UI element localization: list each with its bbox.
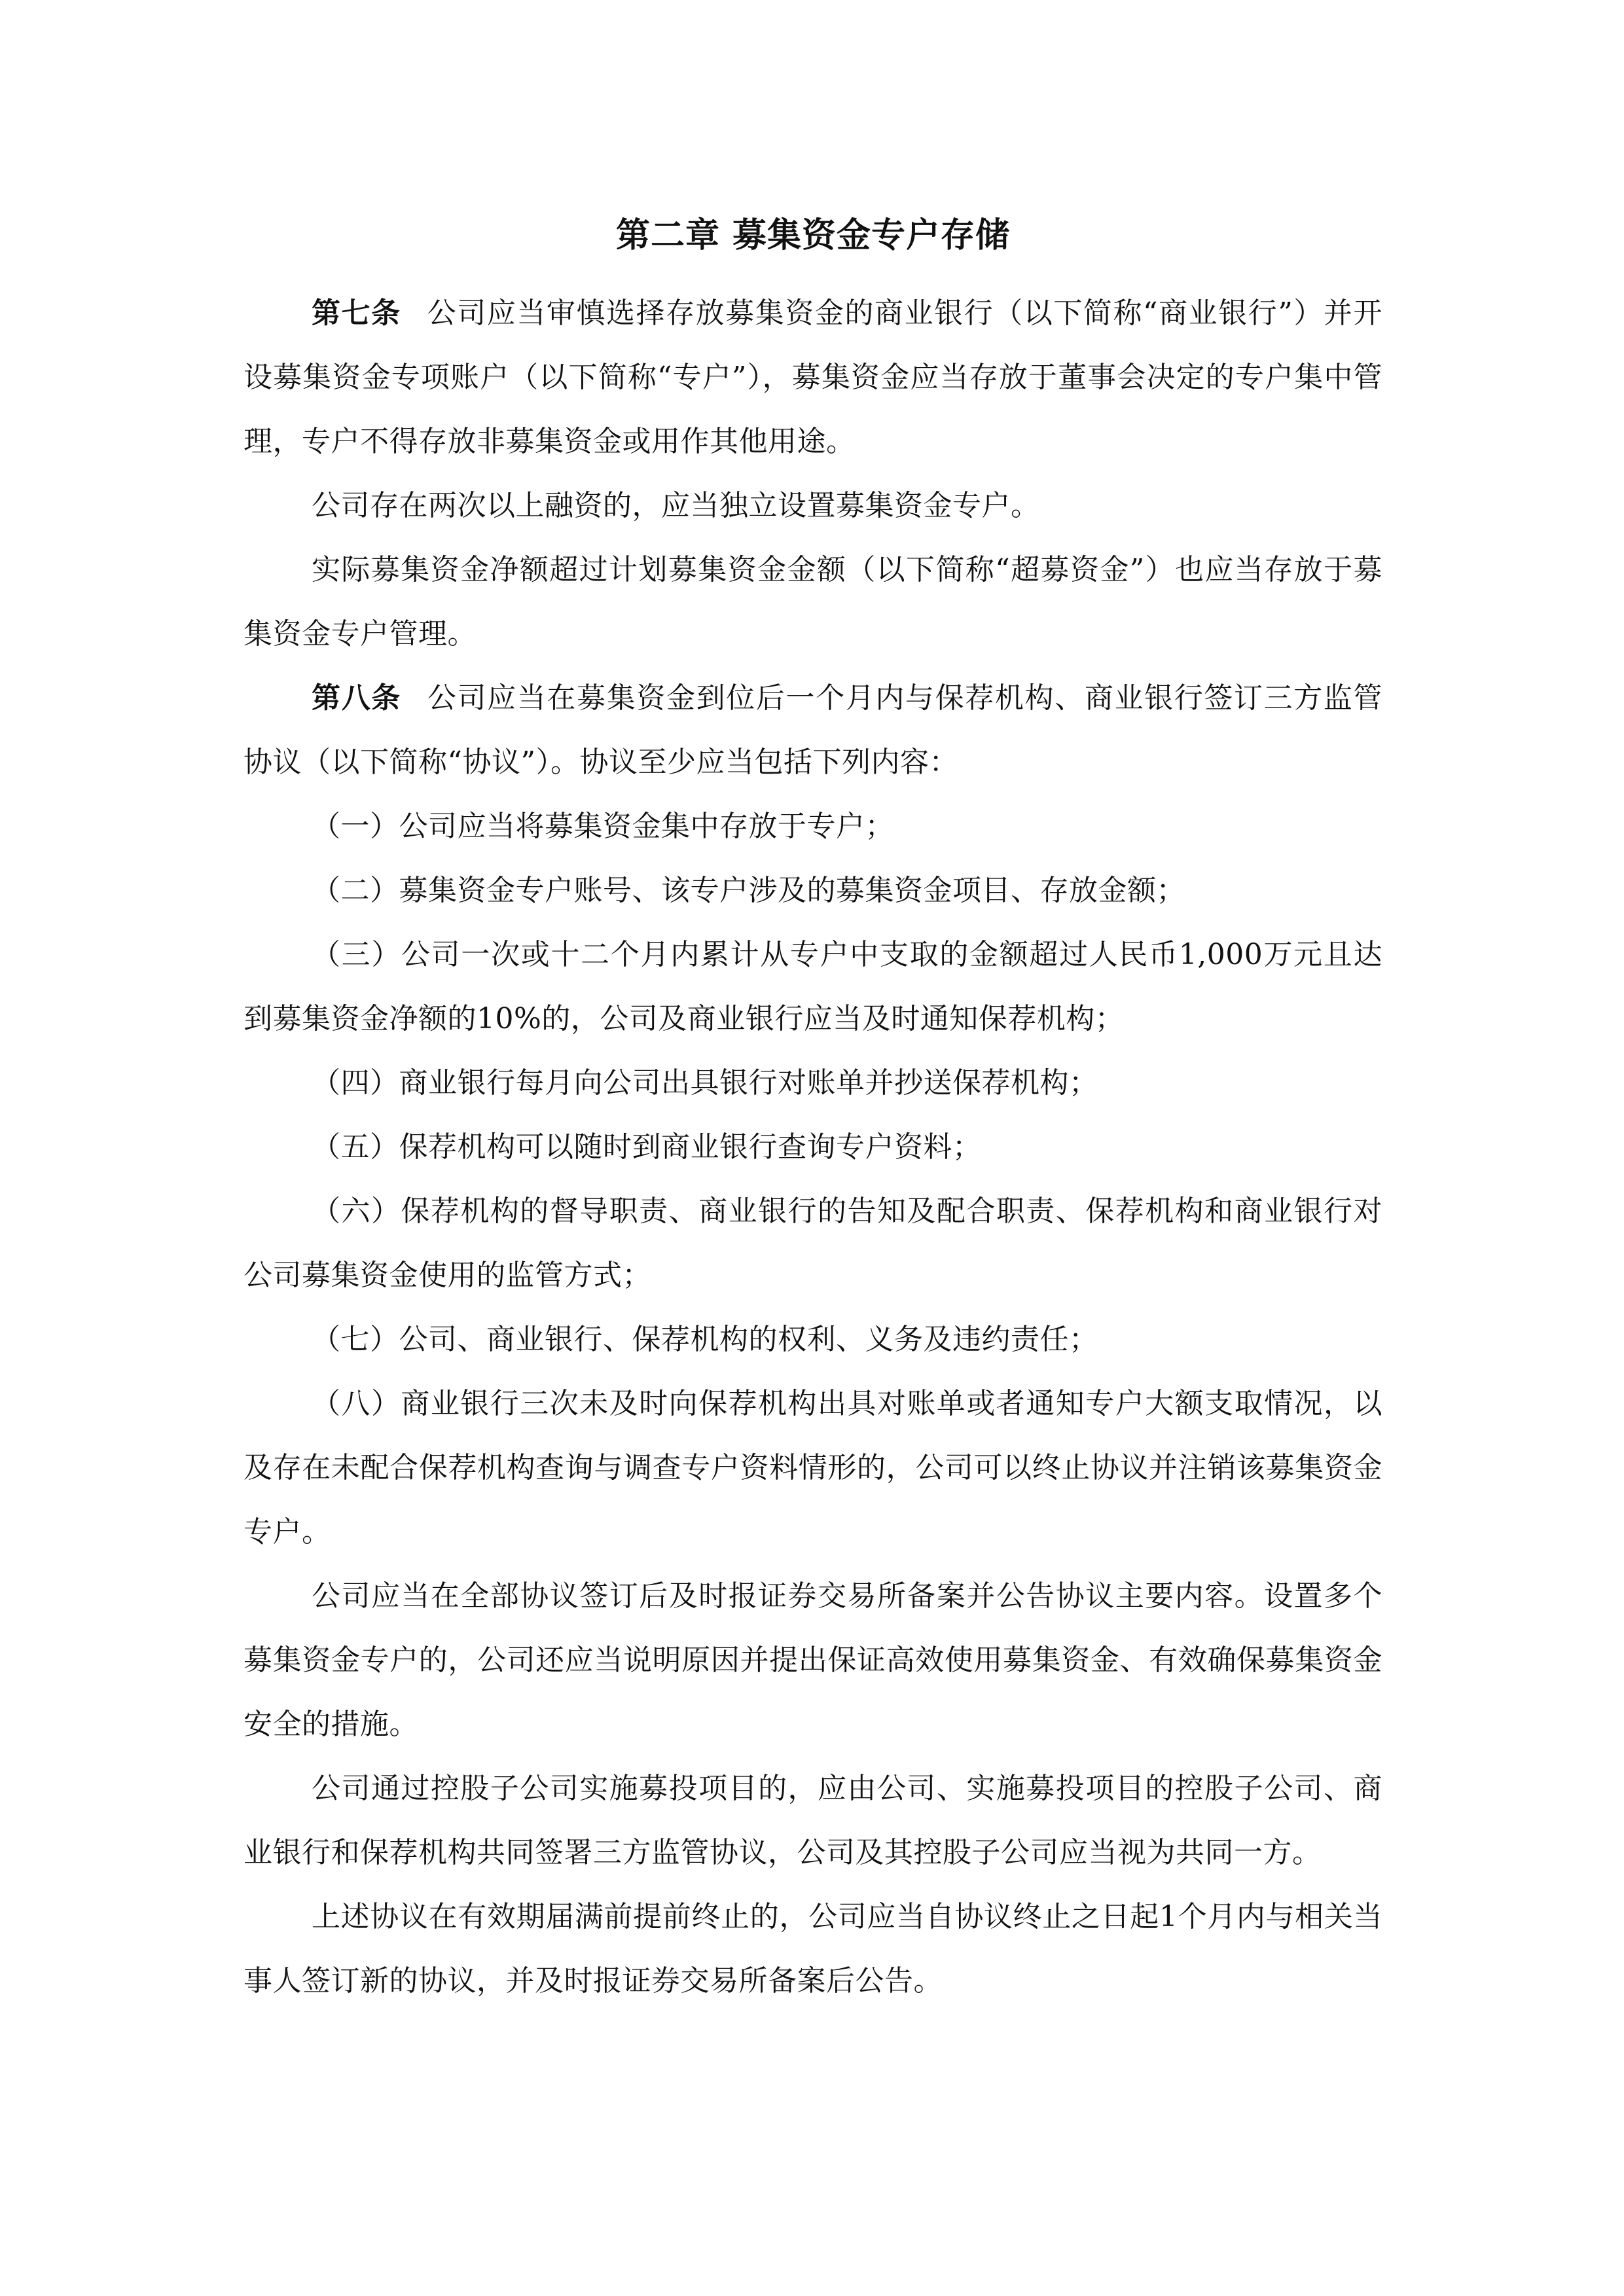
list-item-text: （八）商业银行三次未及时向保荐机构出具对账单或者通知专户大额支取情况，以及存在未… xyxy=(244,1387,1382,1549)
paragraph: 上述协议在有效期届满前提前终止的，公司应当自协议终止之日起1个月内与相关当事人签… xyxy=(244,1885,1382,2013)
list-item-text: （四）商业银行每月向公司出具银行对账单并抄送保荐机构； xyxy=(312,1066,1098,1100)
article-7-paragraph: 第七条公司应当审慎选择存放募集资金的商业银行（以下简称“商业银行”）并开设募集资… xyxy=(244,281,1382,474)
paragraph-text: 实际募集资金净额超过计划募集资金金额（以下简称“超募资金”）也应当存放于募集资金… xyxy=(244,553,1382,651)
article-8-paragraph: 第八条公司应当在募集资金到位后一个月内与保荐机构、商业银行签订三方监管协议（以下… xyxy=(244,666,1382,795)
list-item: （一）公司应当将募集资金集中存放于专户； xyxy=(244,795,1382,859)
list-item-text: （七）公司、商业银行、保荐机构的权利、义务及违约责任； xyxy=(312,1323,1098,1356)
document-page: 第二章 募集资金专户存储 第七条公司应当审慎选择存放募集资金的商业银行（以下简称… xyxy=(244,196,1382,2013)
paragraph-text: 上述协议在有效期届满前提前终止的，公司应当自协议终止之日起1个月内与相关当事人签… xyxy=(244,1900,1382,1998)
paragraph-text: 公司存在两次以上融资的，应当独立设置募集资金专户。 xyxy=(312,489,1040,522)
list-item-text: （三）公司一次或十二个月内累计从专户中支取的金额超过人民币1,000万元且达到募… xyxy=(244,938,1382,1035)
article-label: 第八条 xyxy=(312,681,401,715)
paragraph-text: 公司应当在募集资金到位后一个月内与保荐机构、商业银行签订三方监管协议（以下简称“… xyxy=(244,681,1382,779)
list-item: （八）商业银行三次未及时向保荐机构出具对账单或者通知专户大额支取情况，以及存在未… xyxy=(244,1372,1382,1564)
paragraph: 公司存在两次以上融资的，应当独立设置募集资金专户。 xyxy=(244,474,1382,538)
article-label: 第七条 xyxy=(312,296,401,330)
paragraph: 公司通过控股子公司实施募投项目的，应由公司、实施募投项目的控股子公司、商业银行和… xyxy=(244,1757,1382,1885)
paragraph-text: 公司应当审慎选择存放募集资金的商业银行（以下简称“商业银行”）并开设募集资金专项… xyxy=(244,296,1382,458)
list-item: （三）公司一次或十二个月内累计从专户中支取的金额超过人民币1,000万元且达到募… xyxy=(244,923,1382,1051)
list-item-text: （一）公司应当将募集资金集中存放于专户； xyxy=(312,810,894,843)
list-item: （五）保荐机构可以随时到商业银行查询专户资料； xyxy=(244,1115,1382,1179)
list-item: （二）募集资金专户账号、该专户涉及的募集资金项目、存放金额； xyxy=(244,859,1382,923)
chapter-title: 第二章 募集资金专户存储 xyxy=(244,196,1382,275)
list-item-text: （六）保荐机构的督导职责、商业银行的告知及配合职责、保荐机构和商业银行对公司募集… xyxy=(244,1194,1382,1292)
list-item: （六）保荐机构的督导职责、商业银行的告知及配合职责、保荐机构和商业银行对公司募集… xyxy=(244,1179,1382,1308)
list-item-text: （二）募集资金专户账号、该专户涉及的募集资金项目、存放金额； xyxy=(312,874,1185,907)
paragraph: 实际募集资金净额超过计划募集资金金额（以下简称“超募资金”）也应当存放于募集资金… xyxy=(244,538,1382,666)
list-item-text: （五）保荐机构可以随时到商业银行查询专户资料； xyxy=(312,1130,982,1164)
paragraph: 公司应当在全部协议签订后及时报证券交易所备案并公告协议主要内容。设置多个募集资金… xyxy=(244,1564,1382,1757)
paragraph-text: 公司应当在全部协议签订后及时报证券交易所备案并公告协议主要内容。设置多个募集资金… xyxy=(244,1579,1382,1741)
list-item: （四）商业银行每月向公司出具银行对账单并抄送保荐机构； xyxy=(244,1051,1382,1115)
list-item: （七）公司、商业银行、保荐机构的权利、义务及违约责任； xyxy=(244,1308,1382,1372)
paragraph-text: 公司通过控股子公司实施募投项目的，应由公司、实施募投项目的控股子公司、商业银行和… xyxy=(244,1772,1382,1869)
